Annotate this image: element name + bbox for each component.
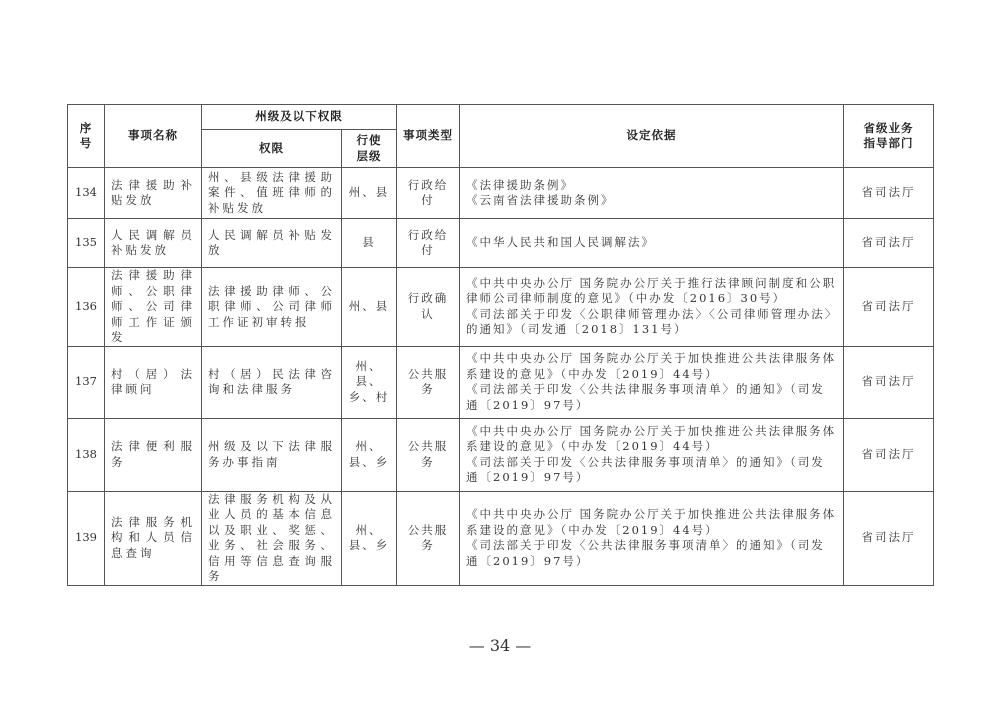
header-no-line1: 序 [80,121,93,135]
row-basis: 《中共中央办公厅 国务院办公厅关于推行法律顾问制度和公职律师公司律师制度的意见》… [460,268,844,347]
basis-line: 《中共中央办公厅 国务院办公厅关于加快推进公共法律服务体系建设的意见》（中办发〔… [466,507,837,538]
row-no: 134 [68,168,105,219]
row-level: 州、县 [342,168,397,219]
row-type: 公共服务 [397,418,460,491]
row-no: 137 [68,346,105,418]
table-header: 序 号 事项名称 州级及以下权限 事项类型 设定依据 省级业务 指导部门 权限 … [68,105,934,168]
row-dept: 省司法厅 [844,346,934,418]
header-scope: 权限 [202,130,342,168]
row-name: 人民调解员补贴发放 [105,219,202,268]
row-no: 136 [68,268,105,347]
row-type: 行政确认 [397,268,460,347]
basis-line: 《中共中央办公厅 国务院办公厅关于推行法律顾问制度和公职律师公司律师制度的意见》… [466,276,837,307]
basis-line: 《司法部关于印发〈公共法律服务事项清单〉的通知》（司发通〔2019〕97号） [466,538,837,569]
row-name: 村（居）法律顾问 [105,346,202,418]
basis-line: 《司法部关于印发〈公职律师管理办法〉〈公司律师管理办法〉的通知》（司发通〔201… [466,307,837,338]
page-number: — 34 — [0,636,1000,655]
row-scope: 法律服务机构及从业人员的基本信息以及职业、奖惩、业务、社会服务、信用等信息查询服… [202,491,342,585]
row-basis: 《中共中央办公厅 国务院办公厅关于加快推进公共法律服务体系建设的意见》（中办发〔… [460,346,844,418]
row-dept: 省司法厅 [844,168,934,219]
row-type: 公共服务 [397,346,460,418]
items-table: 序 号 事项名称 州级及以下权限 事项类型 设定依据 省级业务 指导部门 权限 … [67,104,934,586]
row-name: 法律服务机构和人员信息查询 [105,491,202,585]
row-no: 135 [68,219,105,268]
table-row: 136 法律援助律师、公职律师、公司律师工作证颁发 法律援助律师、公职律师、公司… [68,268,934,347]
basis-line: 《法律援助条例》 [466,178,837,194]
row-scope: 人民调解员补贴发放 [202,219,342,268]
header-level-line2: 层级 [357,149,382,163]
header-no-line2: 号 [80,136,93,150]
row-level: 州、县、乡、村 [342,346,397,418]
header-group: 州级及以下权限 [202,105,397,130]
row-no: 139 [68,491,105,585]
row-dept: 省司法厅 [844,491,934,585]
basis-line: 《中共中央办公厅 国务院办公厅关于加快推进公共法律服务体系建设的意见》（中办发〔… [466,424,837,455]
table-row: 138 法律便利服务 州级及以下法律服务办事指南 州、县、乡 公共服务 《中共中… [68,418,934,491]
row-type: 公共服务 [397,491,460,585]
basis-line: 《中共中央办公厅 国务院办公厅关于加快推进公共法律服务体系建设的意见》（中办发〔… [466,351,837,382]
header-level-line1: 行使 [357,133,382,147]
row-level: 州、县 [342,268,397,347]
basis-line: 《云南省法律援助条例》 [466,193,837,209]
header-dept-line1: 省级业务 [864,121,914,135]
header-level: 行使 层级 [342,130,397,168]
header-type: 事项类型 [397,105,460,168]
row-name: 法律援助补贴发放 [105,168,202,219]
row-basis: 《中共中央办公厅 国务院办公厅关于加快推进公共法律服务体系建设的意见》（中办发〔… [460,418,844,491]
basis-line: 《司法部关于印发〈公共法律服务事项清单〉的通知》（司发通〔2019〕97号） [466,455,837,486]
header-dept: 省级业务 指导部门 [844,105,934,168]
row-dept: 省司法厅 [844,268,934,347]
table-row: 139 法律服务机构和人员信息查询 法律服务机构及从业人员的基本信息以及职业、奖… [68,491,934,585]
row-scope: 州级及以下法律服务办事指南 [202,418,342,491]
table-row: 135 人民调解员补贴发放 人民调解员补贴发放 县 行政给付 《中华人民共和国人… [68,219,934,268]
header-name: 事项名称 [105,105,202,168]
row-scope: 州、县级法律援助案件、值班律师的补贴发放 [202,168,342,219]
row-level: 州、县、乡 [342,491,397,585]
row-dept: 省司法厅 [844,418,934,491]
row-scope: 法律援助律师、公职律师、公司律师工作证初审转报 [202,268,342,347]
basis-line: 《中华人民共和国人民调解法》 [466,235,837,251]
row-name: 法律援助律师、公职律师、公司律师工作证颁发 [105,268,202,347]
row-no: 138 [68,418,105,491]
header-dept-line2: 指导部门 [864,136,914,150]
row-basis: 《中华人民共和国人民调解法》 [460,219,844,268]
row-name: 法律便利服务 [105,418,202,491]
row-level: 州、县、乡 [342,418,397,491]
header-no: 序 号 [68,105,105,168]
table-row: 134 法律援助补贴发放 州、县级法律援助案件、值班律师的补贴发放 州、县 行政… [68,168,934,219]
row-scope: 村（居）民法律咨询和法律服务 [202,346,342,418]
row-basis: 《中共中央办公厅 国务院办公厅关于加快推进公共法律服务体系建设的意见》（中办发〔… [460,491,844,585]
row-type: 行政给付 [397,168,460,219]
table-row: 137 村（居）法律顾问 村（居）民法律咨询和法律服务 州、县、乡、村 公共服务… [68,346,934,418]
header-basis: 设定依据 [460,105,844,168]
row-basis: 《法律援助条例》 《云南省法律援助条例》 [460,168,844,219]
row-level: 县 [342,219,397,268]
basis-line: 《司法部关于印发〈公共法律服务事项清单〉的通知》（司发通〔2019〕97号） [466,382,837,413]
row-type: 行政给付 [397,219,460,268]
row-dept: 省司法厅 [844,219,934,268]
table-body: 134 法律援助补贴发放 州、县级法律援助案件、值班律师的补贴发放 州、县 行政… [68,168,934,586]
